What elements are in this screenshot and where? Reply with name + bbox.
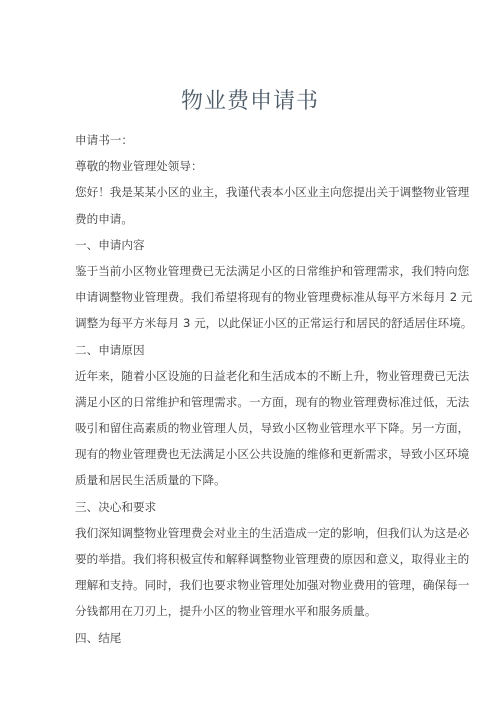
paragraph-line: 我们深知调整物业管理费会对业主的生活造成一定的影响，但我们认为这是必	[75, 520, 430, 546]
paragraph-line: 近年来，随着小区设施的日益老化和生活成本的不断上升，物业管理费已无法	[75, 363, 430, 389]
paragraph-line: 鉴于当前小区物业管理费已无法满足小区的日常维护和管理需求，我们特向您	[75, 258, 430, 284]
paragraph-line: 您好！我是某某小区的业主，我谨代表本小区业主向您提出关于调整物业管理	[75, 179, 430, 205]
paragraph-line: 吸引和留住高素质的物业管理人员，导致小区物业管理水平下降。另一方面，	[75, 415, 430, 441]
salutation-label: 申请书一：	[75, 127, 430, 153]
document-page: 物业费申请书 申请书一： 尊敬的物业管理处领导： 您好！我是某某小区的业主，我谨…	[0, 0, 500, 707]
paragraph-line: 现有的物业管理费也无法满足小区公共设施的维修和更新需求，导致小区环境	[75, 441, 430, 467]
section-heading: 三、决心和要求	[75, 494, 430, 520]
paragraph-line: 质量和居民生活质量的下降。	[75, 467, 430, 493]
paragraph-line: 理解和支持。同时，我们也要求物业管理处加强对物业费用的管理，确保每一	[75, 572, 430, 598]
section-heading: 一、申请内容	[75, 232, 430, 258]
document-title: 物业费申请书	[0, 84, 500, 115]
paragraph-line: 要的举措。我们将积极宣传和解释调整物业管理费的原因和意义，取得业主的	[75, 546, 430, 572]
recipient-line: 尊敬的物业管理处领导：	[75, 153, 430, 179]
paragraph-line: 费的申请。	[75, 206, 430, 232]
paragraph-line: 分钱都用在刀刃上，提升小区的物业管理水平和服务质量。	[75, 598, 430, 624]
paragraph-line: 调整为每平方米每月 3 元，以此保证小区的正常运行和居民的舒适居住环境。	[75, 310, 430, 336]
section-heading: 四、结尾	[75, 625, 430, 651]
section-heading: 二、申请原因	[75, 337, 430, 363]
document-body: 申请书一： 尊敬的物业管理处领导： 您好！我是某某小区的业主，我谨代表本小区业主…	[75, 127, 430, 651]
paragraph-line: 申请调整物业管理费。我们希望将现有的物业管理费标准从每平方米每月 2 元	[75, 284, 430, 310]
paragraph-line: 满足小区的日常维护和管理需求。一方面，现有的物业管理费标准过低，无法	[75, 389, 430, 415]
